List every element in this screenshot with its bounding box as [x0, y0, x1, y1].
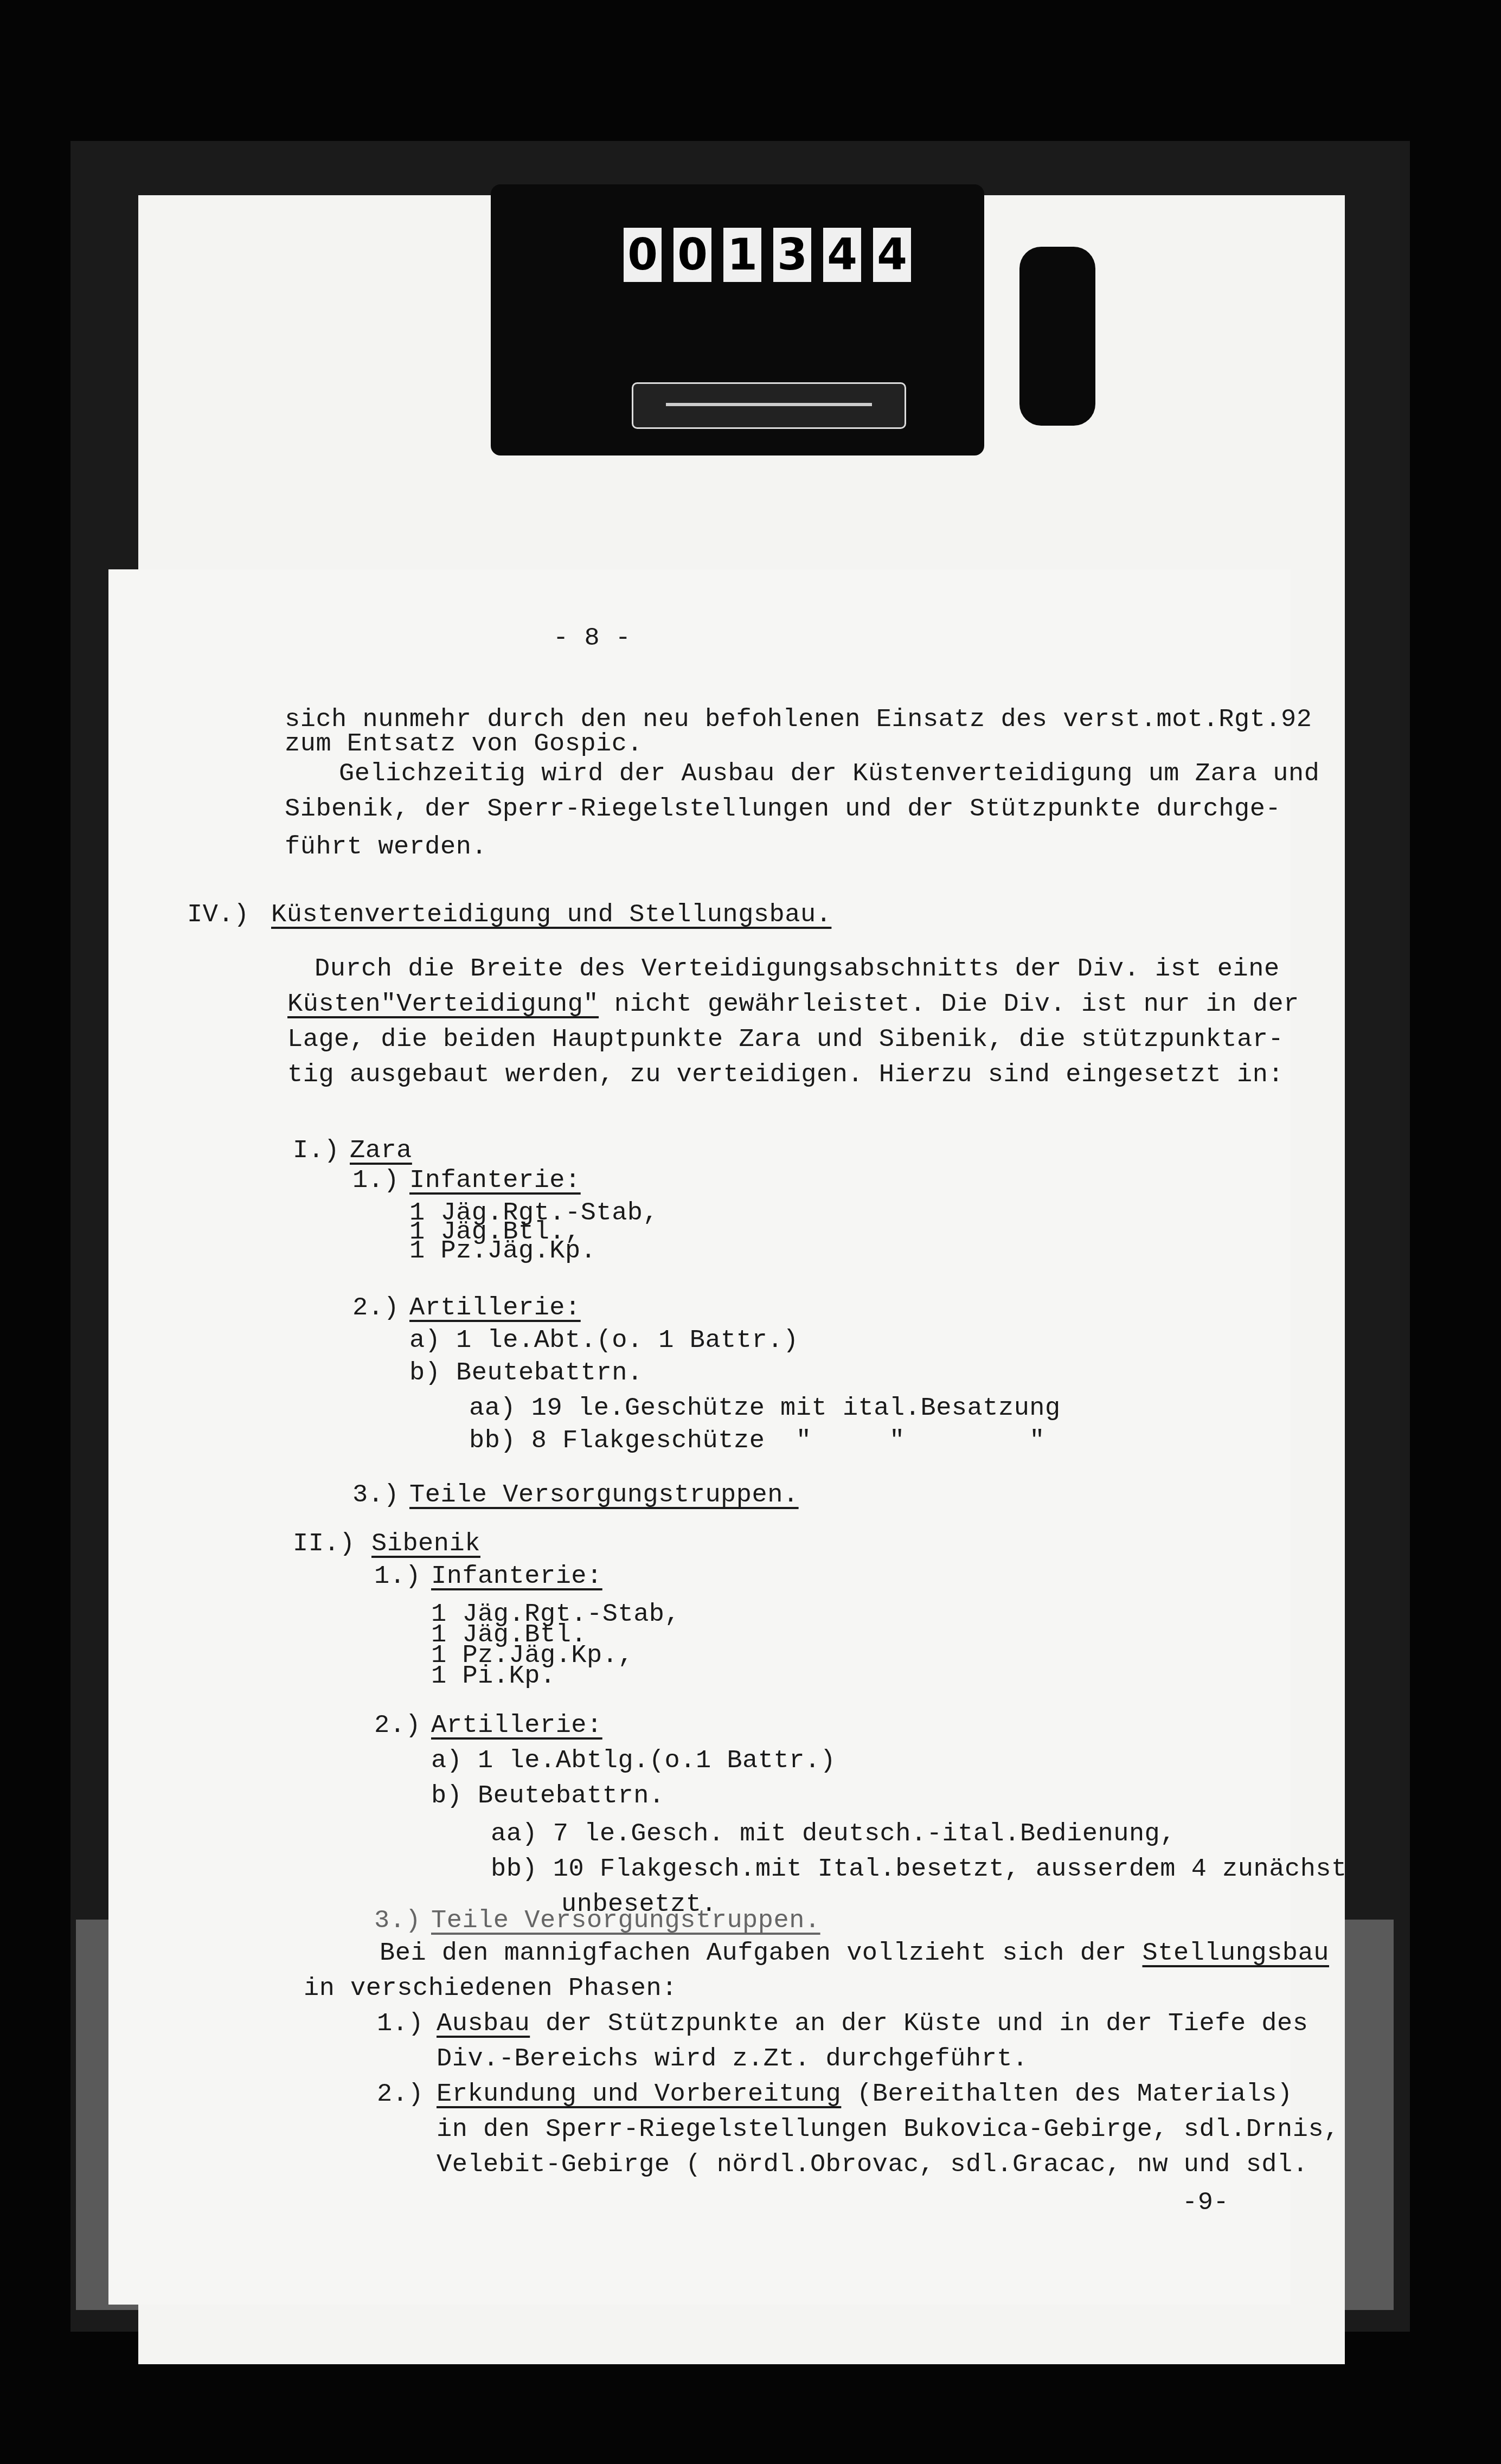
counter-nameplate	[632, 382, 906, 429]
list-item: Velebit-Gebirge ( nördl.Obrovac, sdl.Gra…	[437, 2150, 1308, 2180]
counter-digit: 4	[873, 228, 911, 282]
list-item: 1 Pi.Kp.	[431, 1661, 556, 1692]
list-item: b) Beutebattrn.	[409, 1358, 643, 1389]
page-number: - 8 -	[553, 624, 631, 654]
list-heading: Infanterie:	[431, 1562, 602, 1592]
body-line: in verschiedenen Phasen:	[304, 1974, 677, 2004]
underlined-term: Stellungsbau	[1143, 1939, 1329, 1968]
list-number: 1.)	[374, 1562, 421, 1592]
list-number: 2.)	[374, 1711, 421, 1741]
body-line: Bei den mannigfachen Aufgaben vollzieht …	[380, 1939, 1329, 1969]
list-number: 1.)	[377, 2009, 424, 2039]
section-heading: Küstenverteidigung und Stellungsbau.	[271, 900, 831, 931]
body-line: Durch die Breite des Verteidigungsabschn…	[315, 954, 1280, 985]
section-number: IV.)	[187, 900, 249, 931]
counter-digit: 0	[624, 228, 662, 282]
intro-line: Sibenik, der Sperr-Riegelstellungen und …	[285, 794, 1281, 825]
list-heading: Artillerie:	[409, 1293, 581, 1324]
body-line: Lage, die beiden Hauptpunkte Zara und Si…	[287, 1025, 1284, 1055]
body-line: tig ausgebaut werden, zu verteidigen. Hi…	[287, 1060, 1284, 1090]
list-number: 2.)	[352, 1293, 399, 1324]
counter-digit: 0	[673, 228, 711, 282]
list-number: 2.)	[377, 2080, 424, 2110]
list-item: Erkundung und Vorbereitung (Bereithalten…	[437, 2080, 1293, 2110]
counter-digit: 3	[773, 228, 811, 282]
location-name: Sibenik	[371, 1529, 480, 1560]
list-item: a) 1 le.Abt.(o. 1 Battr.)	[409, 1326, 799, 1356]
counter-digit: 1	[723, 228, 761, 282]
list-number: 3.)	[374, 1906, 421, 1936]
underlined-term: Ausbau	[437, 2010, 530, 2038]
location-name: Zara	[350, 1136, 412, 1166]
frame-counter-display: 0 0 1 3 4 4	[624, 228, 911, 282]
list-item: bb) 8 Flakgeschütze " " "	[469, 1426, 1045, 1456]
intro-line: Gelichzeitig wird der Ausbau der Küstenv…	[339, 759, 1319, 790]
list-heading: Teile Versorgungstruppen.	[431, 1906, 820, 1936]
list-item: a) 1 le.Abtlg.(o.1 Battr.)	[431, 1746, 836, 1776]
frame-counter-knob	[1019, 247, 1095, 426]
list-number: 3.)	[352, 1480, 399, 1511]
location-number: II.)	[293, 1529, 355, 1560]
list-heading: Infanterie:	[409, 1166, 581, 1196]
location-number: I.)	[293, 1136, 339, 1166]
list-item: aa) 19 le.Geschütze mit ital.Besatzung	[469, 1394, 1061, 1424]
list-item: b) Beutebattrn.	[431, 1781, 665, 1812]
intro-line: führt werden.	[285, 832, 487, 863]
list-heading: Teile Versorgungstruppen.	[409, 1480, 799, 1511]
list-item: aa) 7 le.Gesch. mit deutsch.-ital.Bedien…	[491, 1819, 1176, 1850]
list-item: Div.-Bereichs wird z.Zt. durchgeführt.	[437, 2044, 1028, 2075]
underlined-term: Erkundung und Vorbereitung	[437, 2080, 841, 2109]
list-heading: Artillerie:	[431, 1711, 602, 1741]
next-page-marker: -9-	[1182, 2188, 1229, 2218]
counter-digit: 4	[823, 228, 861, 282]
intro-line: zum Entsatz von Gospic.	[285, 729, 643, 760]
list-item: Ausbau der Stützpunkte an der Küste und …	[437, 2009, 1308, 2039]
list-number: 1.)	[352, 1166, 399, 1196]
list-item: bb) 10 Flakgesch.mit Ital.besetzt, ausse…	[491, 1855, 1347, 1885]
list-item: 1 Pz.Jäg.Kp.	[409, 1236, 596, 1267]
list-item: in den Sperr-Riegelstellungen Bukovica-G…	[437, 2115, 1339, 2145]
body-line: Küsten"Verteidigung" nicht gewährleistet…	[287, 990, 1299, 1020]
underlined-term: Küsten"Verteidigung"	[287, 990, 599, 1019]
